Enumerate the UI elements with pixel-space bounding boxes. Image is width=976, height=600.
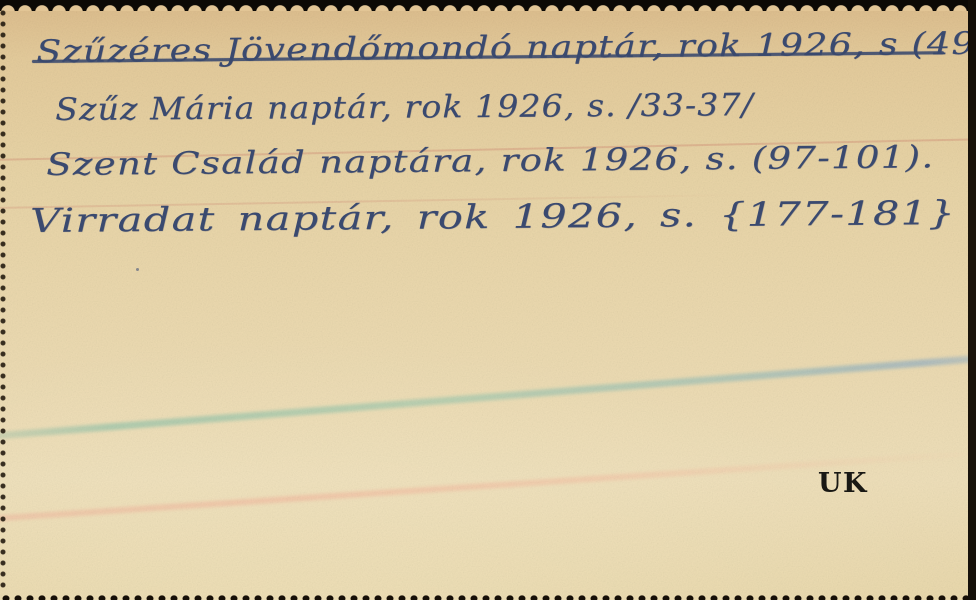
card-paper: Szűzéres Jövendőmondó naptár, rok 1926, … [0, 0, 976, 600]
handwritten-entry: Szűz Mária naptár, rok 1926, s. /33-37/ [55, 87, 754, 128]
scanned-catalog-card: Szűzéres Jövendőmondó naptár, rok 1926, … [0, 0, 976, 600]
perforated-edge-bottom [0, 588, 976, 600]
dark-edge-right [968, 0, 976, 600]
ink-dot [136, 268, 139, 271]
handwritten-entry: Virradat naptár, rok 1926, s. {177-181} [30, 193, 956, 240]
perforated-edge-top [0, 0, 976, 11]
teal-streak [0, 353, 976, 440]
library-stamp: UK [818, 468, 868, 499]
handwritten-entry-struck: Szűzéres Jövendőmondó naptár, rok 1926, … [36, 25, 976, 70]
handwritten-entry: Szent Család naptára, rok 1926, s. (97-1… [46, 139, 934, 183]
perforation-dots-left [0, 8, 7, 592]
